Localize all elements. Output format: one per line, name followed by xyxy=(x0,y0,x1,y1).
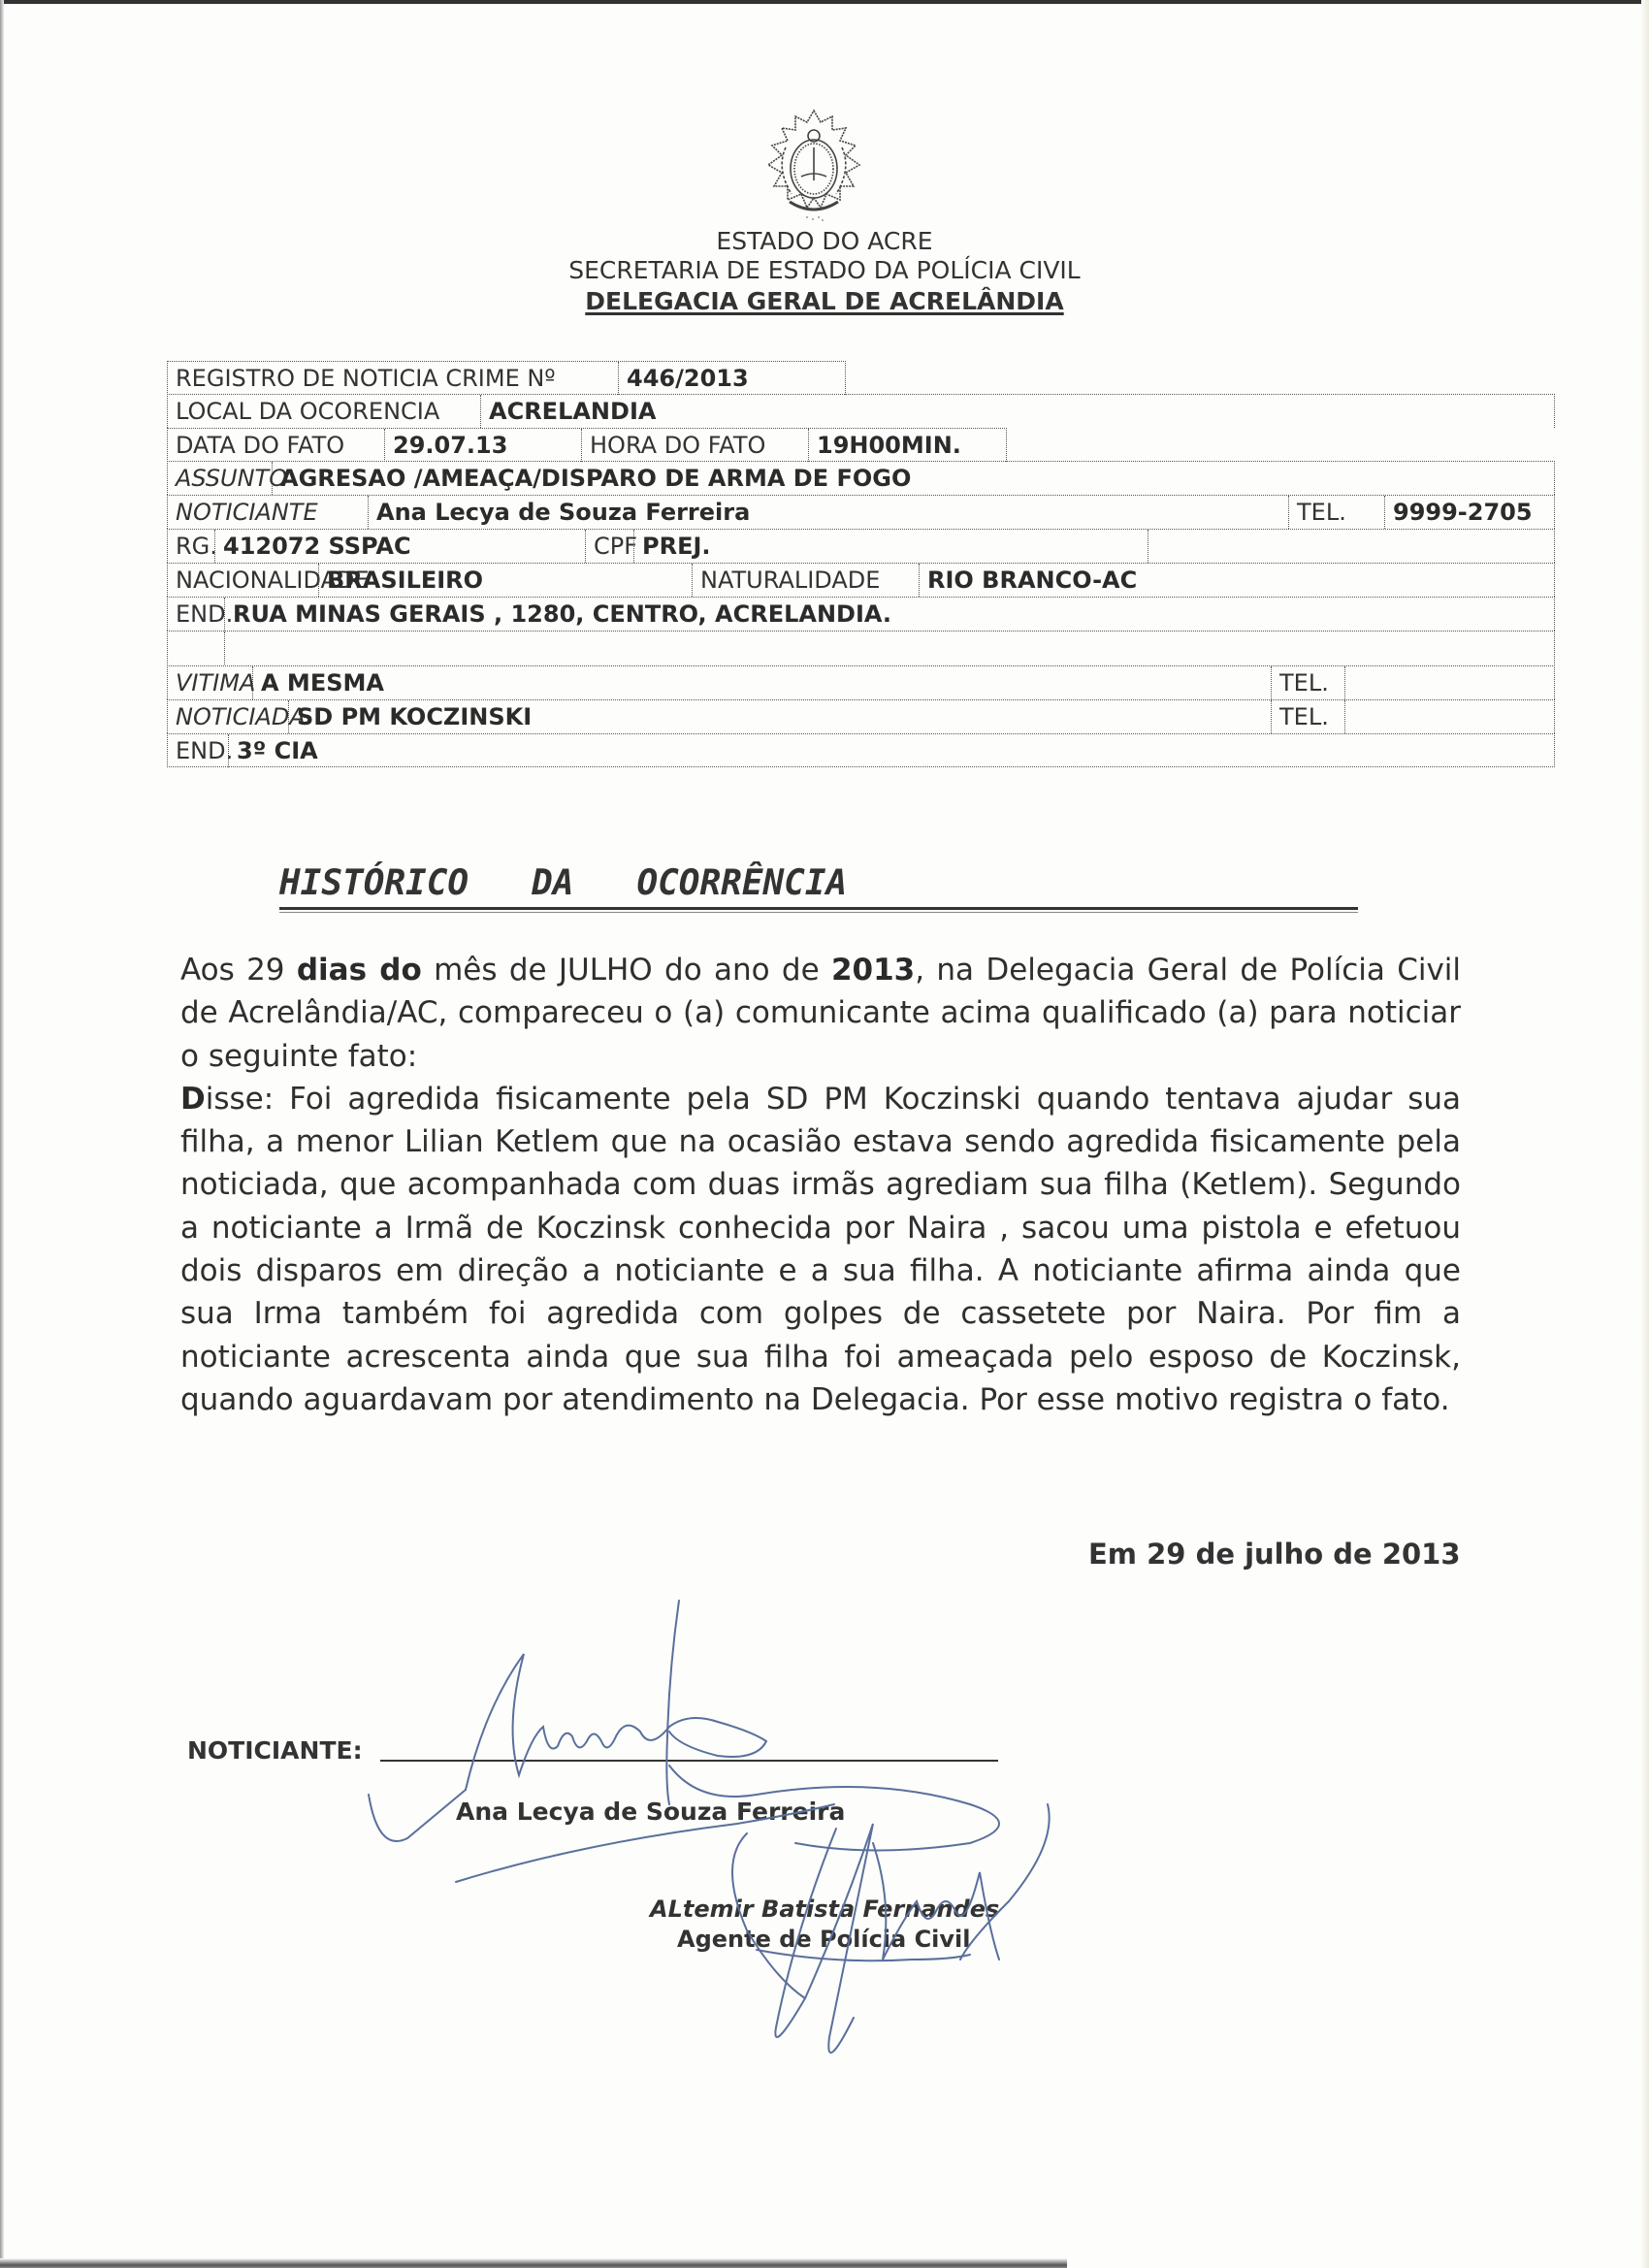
cpf-cell-end xyxy=(1148,530,1156,563)
data-value: 29.07.13 xyxy=(384,429,507,462)
scan-edge-bottom xyxy=(0,2258,1067,2268)
endereco-noticiada-value: 3º CIA xyxy=(228,734,318,767)
form-row-local: LOCAL DA OCORENCIA ACRELANDIA xyxy=(167,394,1555,428)
noticiada-tel-label: TEL. xyxy=(1271,700,1329,733)
noticiante-label: NOTICIANTE xyxy=(168,496,318,529)
noticiante-tel-label: TEL. xyxy=(1288,496,1346,529)
form-row-noticiante: NOTICIANTE Ana Lecya de Souza Ferreira T… xyxy=(167,495,1555,529)
form-row-registro: REGISTRO DE NOTICIA CRIME Nº 446/2013 xyxy=(167,361,846,395)
intro-text-c: mês de JULHO do ano de xyxy=(422,953,831,988)
noticiante-value: Ana Lecya de Souza Ferreira xyxy=(368,496,750,529)
noticiante-tel-value: 9999-2705 xyxy=(1384,496,1533,529)
document-date: Em 29 de julho de 2013 xyxy=(1088,1538,1461,1571)
intro-text-bold-a: dias do xyxy=(297,953,422,988)
rg-value: 412072 SSPAC xyxy=(214,530,411,563)
naturalidade-value: RIO BRANCO-AC xyxy=(919,564,1137,597)
local-label: LOCAL DA OCORENCIA xyxy=(168,395,439,428)
noticiada-tel-value xyxy=(1344,700,1353,733)
form-row-endereco: END. RUA MINAS GERAIS , 1280, CENTRO, AC… xyxy=(167,597,1555,631)
scan-edge-left xyxy=(0,0,4,2268)
vitima-tel-label: TEL. xyxy=(1271,666,1329,699)
endereco-value: RUA MINAS GERAIS , 1280, CENTRO, ACRELAN… xyxy=(224,598,891,631)
header-secretariat: SECRETARIA DE ESTADO DA POLÍCIA CIVIL xyxy=(0,256,1649,284)
endereco-noticiada-label: END. xyxy=(168,734,233,767)
registro-value: 446/2013 xyxy=(618,362,749,395)
hora-label: HORA DO FATO xyxy=(581,429,765,462)
noticiada-value: SD PM KOCZINSKI xyxy=(288,700,532,733)
historico-paragraph-intro: Aos 29 dias do mês de JULHO do ano de 20… xyxy=(180,949,1461,1078)
noticiante-printed-name: Ana Lecya de Souza Ferreira xyxy=(456,1798,845,1826)
form-row-vitima: VITIMA A MESMA TEL. xyxy=(167,665,1555,699)
assunto-value: AGRESAO /AMEAÇA/DISPARO DE ARMA DE FOGO xyxy=(272,462,911,495)
coat-of-arms-icon xyxy=(762,109,865,223)
historico-title: HISTÓRICO DA OCORRÊNCIA xyxy=(279,863,1358,903)
local-value: ACRELANDIA xyxy=(480,395,656,428)
scan-edge-top xyxy=(0,0,1649,4)
statement-text: isse: Foi agredida fisicamente pela SD P… xyxy=(180,1082,1461,1417)
vitima-label: VITIMA xyxy=(168,666,255,699)
noticiante-signature-label: NOTICIANTE: xyxy=(187,1736,363,1765)
agent-printed-name: ALtemir Batista Fernandes xyxy=(650,1895,999,1923)
blank-cell-divider xyxy=(224,632,233,664)
data-label: DATA DO FATO xyxy=(168,429,344,462)
scan-edge-right xyxy=(1641,0,1649,2268)
nacionalidade-value: BRASILEIRO xyxy=(318,564,483,597)
naturalidade-label: NATURALIDADE xyxy=(692,564,880,597)
cpf-label: CPF xyxy=(585,530,637,563)
form-row-nacionalidade: NACIONALIDADE BRASILEIRO NATURALIDADE RI… xyxy=(167,563,1555,597)
form-row-assunto: ASSUNTO AGRESAO /AMEAÇA/DISPARO DE ARMA … xyxy=(167,461,1555,495)
form-row-rg-cpf: RG. 412072 SSPAC CPF PREJ. xyxy=(167,529,1555,563)
historico-paragraph-statement: Disse: Foi agredida fisicamente pela SD … xyxy=(180,1078,1461,1421)
registro-label: REGISTRO DE NOTICIA CRIME Nº xyxy=(168,362,556,395)
historico-underline-thin xyxy=(279,912,1358,913)
rg-label: RG. xyxy=(168,530,217,563)
historico-underline xyxy=(279,907,1358,910)
form-row-endereco-noticiada: END. 3º CIA xyxy=(167,733,1555,767)
intro-text-a: Aos 29 xyxy=(180,953,297,988)
statement-initial: D xyxy=(180,1082,206,1117)
form-row-blank xyxy=(167,631,1555,664)
agent-role: Agente de Polícia Civil xyxy=(677,1926,971,1953)
header-state: ESTADO DO ACRE xyxy=(0,227,1649,255)
historico-body: Aos 29 dias do mês de JULHO do ano de 20… xyxy=(180,949,1461,1421)
intro-text-bold-year: 2013 xyxy=(831,953,915,988)
form-row-data-hora: DATA DO FATO 29.07.13 HORA DO FATO 19H00… xyxy=(167,428,1007,462)
hora-value: 19H00MIN. xyxy=(808,429,1008,462)
vitima-tel-value xyxy=(1344,666,1353,699)
signature-line xyxy=(380,1760,998,1762)
noticiada-label: NOTICIADA xyxy=(168,700,306,733)
cpf-value: PREJ. xyxy=(633,530,711,563)
vitima-value: A MESMA xyxy=(252,666,384,699)
form-row-noticiada: NOTICIADA SD PM KOCZINSKI TEL. xyxy=(167,699,1555,733)
assunto-label: ASSUNTO xyxy=(168,462,287,495)
header-delegacia: DELEGACIA GERAL DE ACRELÂNDIA xyxy=(0,287,1649,315)
